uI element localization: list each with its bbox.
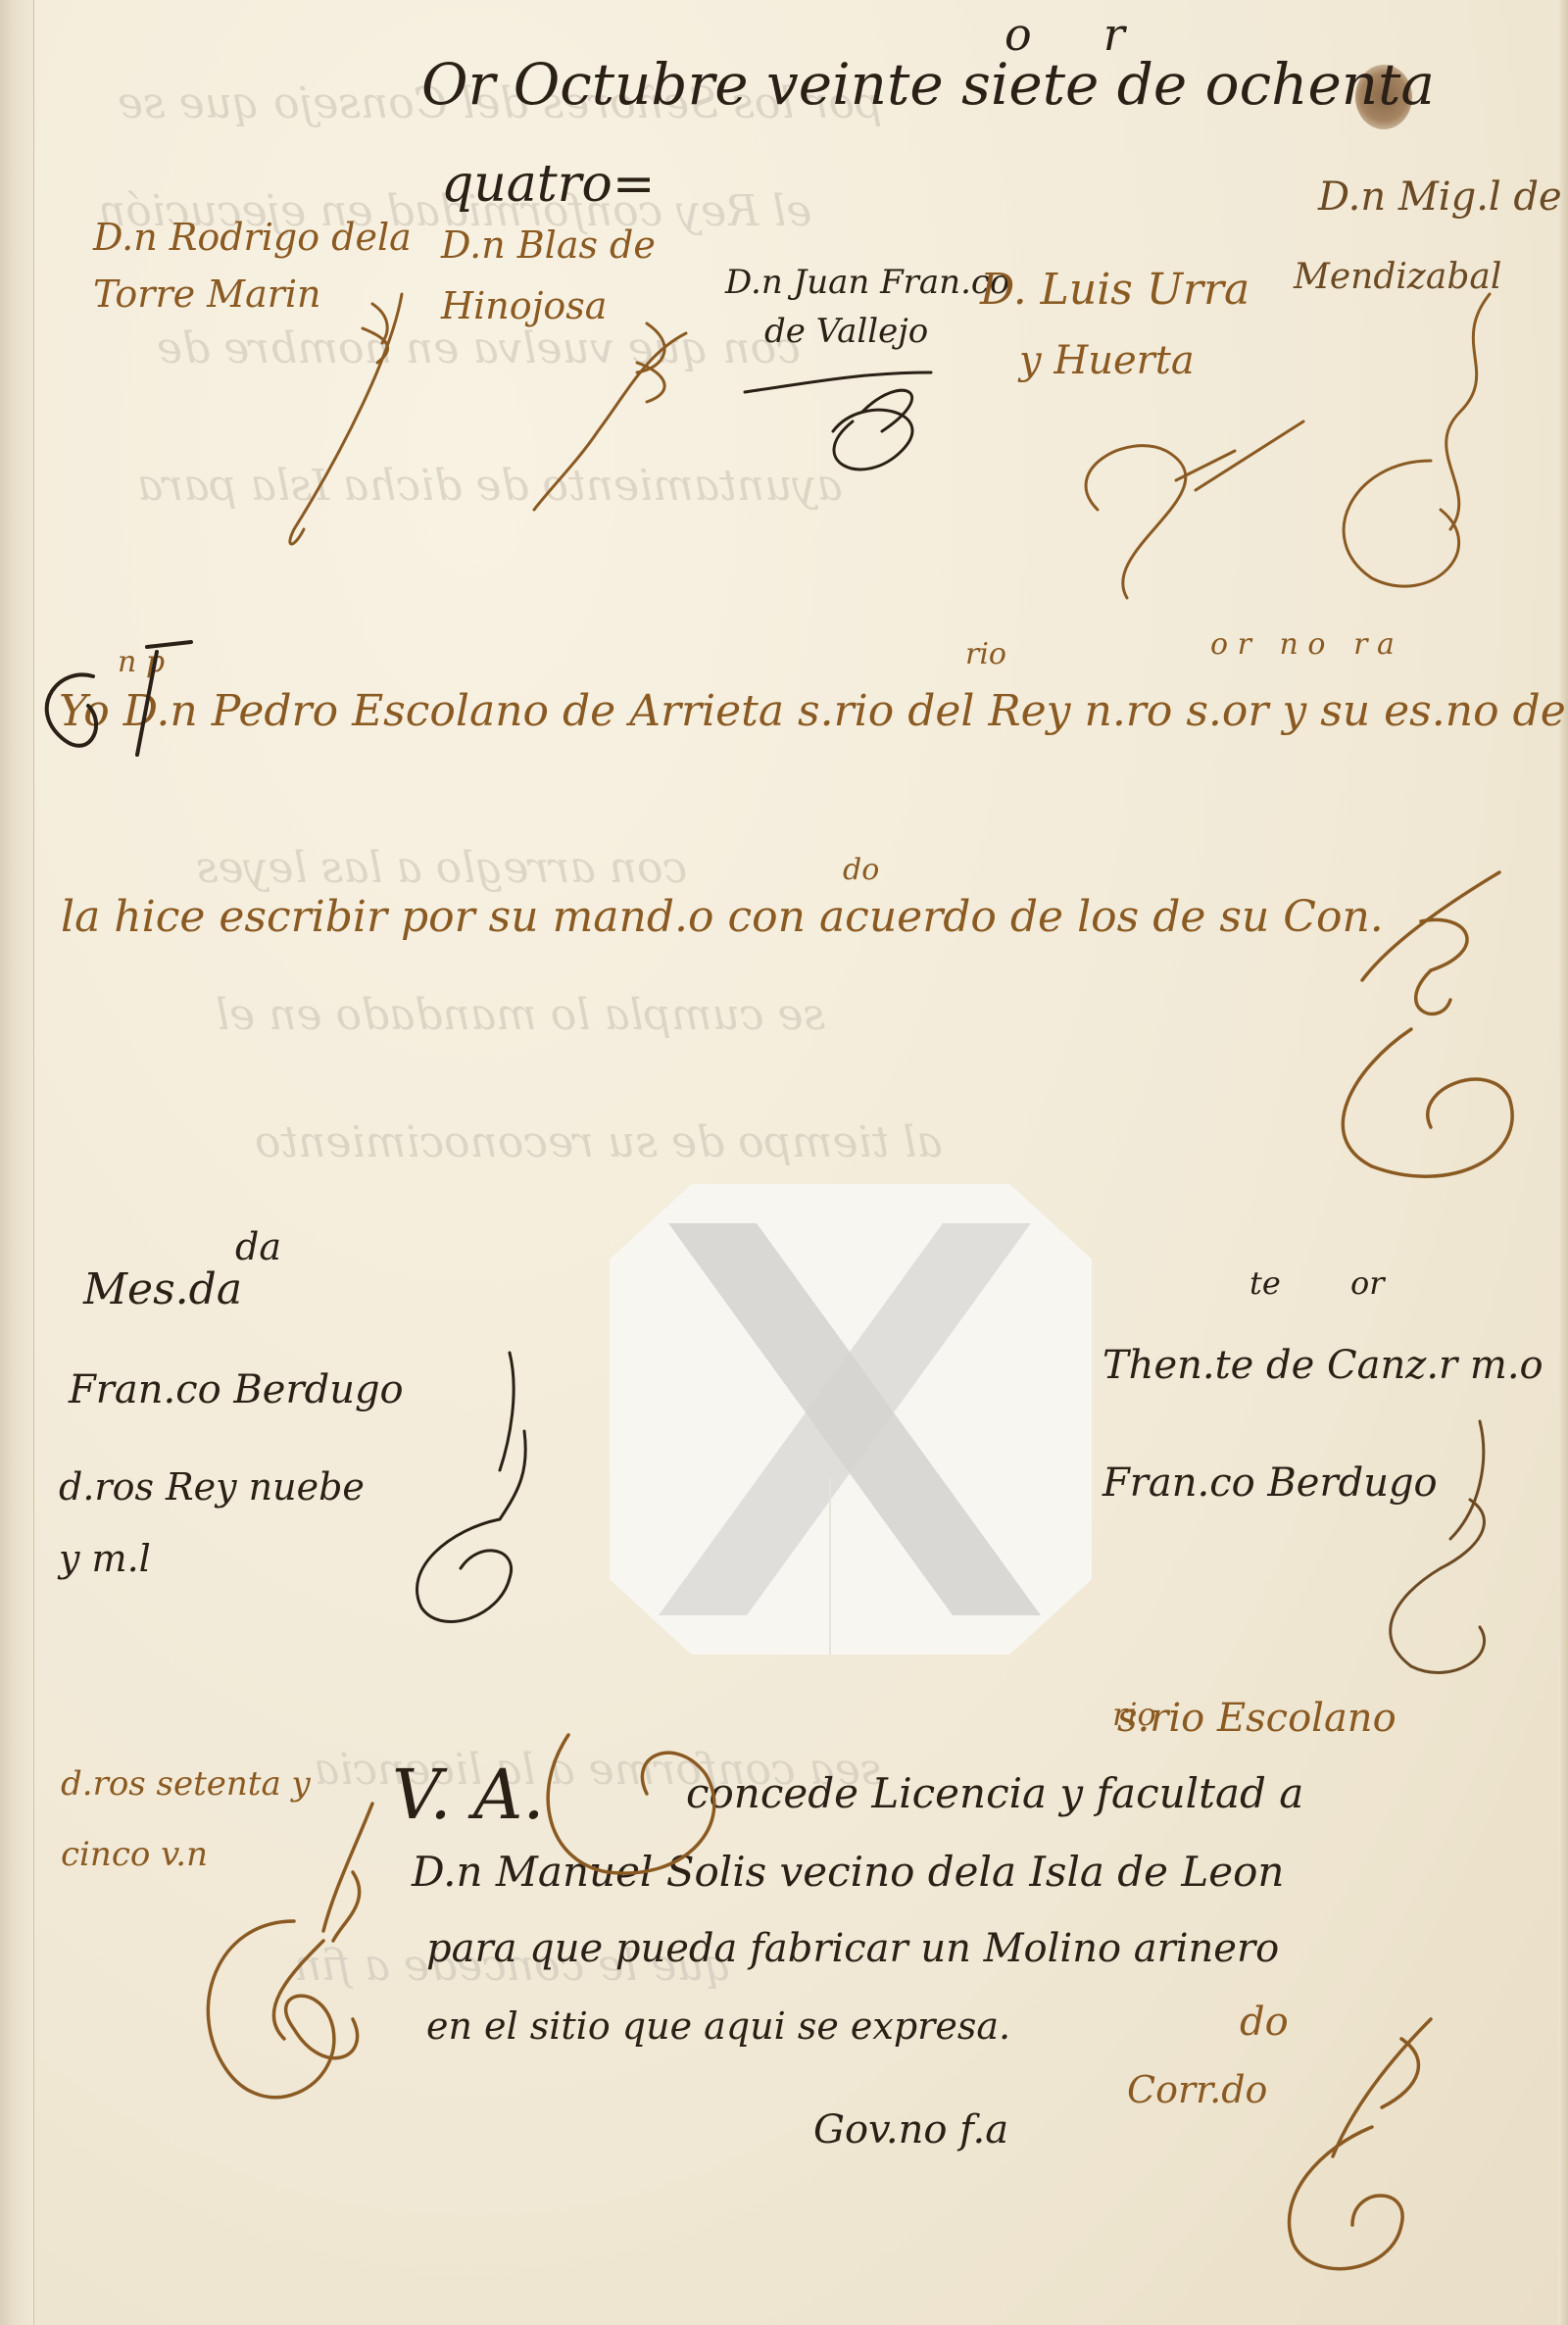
- margin-left-note-1: Mes.da: [83, 1264, 242, 1314]
- bleed-through-text: al tiempo de su reconocimiento: [255, 1117, 943, 1167]
- margin-left-note-2: d.ros Rey nuebe: [59, 1465, 365, 1509]
- margin-superscript-te-or: te or: [1249, 1264, 1385, 1302]
- margin-right-note-1: Then.te de Canz.r m.o: [1102, 1343, 1543, 1388]
- margin-superscript-da: da: [235, 1225, 281, 1268]
- body-superscript-rio: rio: [965, 637, 1006, 671]
- manuscript-page: por los Señores del Consejo que se el Re…: [0, 0, 1568, 2325]
- margin-left-note-3: y m.l: [59, 1537, 151, 1580]
- rubric-flourish-body: [1274, 863, 1568, 1235]
- initial-flourish-Y: [0, 608, 294, 804]
- rubric-flourishes-top: [0, 0, 1568, 588]
- rubric-flourish-left-margin: [333, 1333, 568, 1647]
- bleed-through-text: con arreglo a las leyes: [196, 843, 687, 893]
- x-mark-icon: [610, 1184, 1092, 1655]
- bleed-through-text: se cumpla lo mandado en el: [216, 990, 825, 1040]
- body-superscript-do: do: [843, 853, 879, 887]
- rubric-flourish-right-margin: [1333, 1411, 1548, 1706]
- body-line-2: la hice escribir por su mand.o con acuer…: [61, 892, 1384, 942]
- paper-wafer-seal: [610, 1184, 1092, 1655]
- body-superscript-or-no: o r n o r a: [1210, 627, 1395, 662]
- rubric-flourishes-footer: [0, 1715, 1568, 2325]
